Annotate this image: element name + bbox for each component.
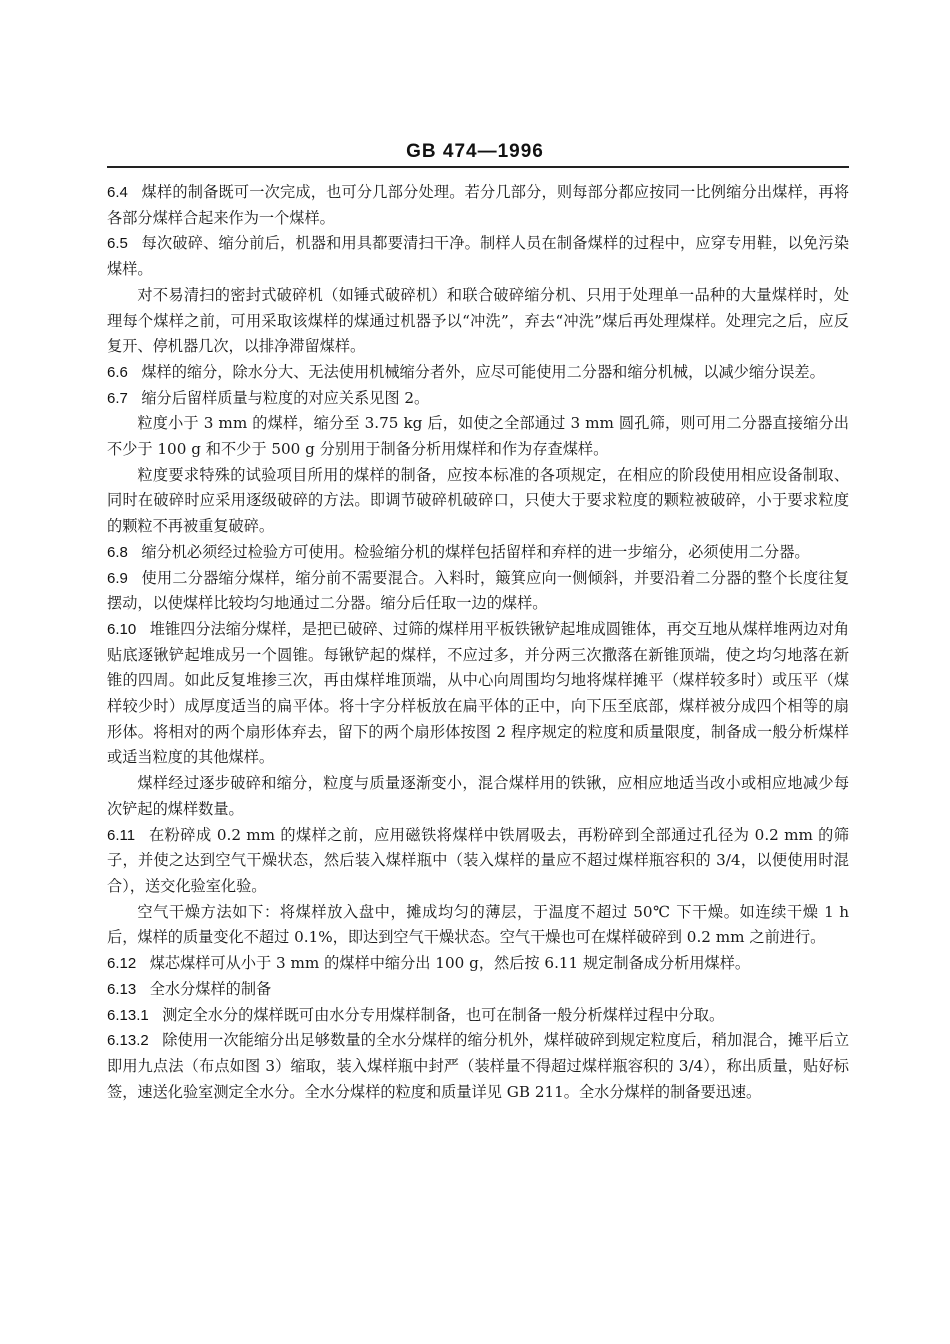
clause-text: 缩分机必须经过检验方可使用。检验缩分机的煤样包括留样和弃样的进一步缩分，必须使用…	[141, 543, 809, 561]
paragraph-sealed-crusher: 对不易清扫的密封式破碎机（如锤式破碎机）和联合破碎缩分机、只用于处理单一品种的大…	[107, 283, 849, 360]
clause-number: 6.6	[107, 364, 128, 381]
clause-text: 缩分后留样质量与粒度的对应关系见图 2。	[141, 389, 429, 407]
clause-number: 6.12	[107, 955, 136, 972]
clause-number: 6.13.1	[107, 1007, 149, 1024]
clause-text: 使用二分器缩分煤样，缩分前不需要混合。入料时，簸箕应向一侧倾斜，并要沿着二分器的…	[107, 569, 849, 613]
clause-text: 每次破碎、缩分前后，机器和用具都要清扫干净。制样人员在制备煤样的过程中，应穿专用…	[107, 234, 849, 278]
clause-6-11: 6.11在粉碎成 0.2 mm 的煤样之前，应用磁铁将煤样中铁屑吸去，再粉碎到全…	[107, 823, 849, 900]
clause-6-12: 6.12煤芯煤样可从小于 3 mm 的煤样中缩分出 100 g，然后按 6.11…	[107, 951, 849, 977]
clause-text: 煤样的制备既可一次完成，也可分几部分处理。若分几部分，则每部分都应按同一比例缩分…	[107, 183, 849, 227]
clause-6-13-1: 6.13.1测定全水分的煤样既可由水分专用煤样制备，也可在制备一般分析煤样过程中…	[107, 1003, 849, 1029]
clause-6-9: 6.9使用二分器缩分煤样，缩分前不需要混合。入料时，簸箕应向一侧倾斜，并要沿着二…	[107, 566, 849, 617]
clause-text: 煤芯煤样可从小于 3 mm 的煤样中缩分出 100 g，然后按 6.11 规定制…	[150, 954, 750, 972]
header-rule	[107, 166, 849, 168]
clause-number: 6.7	[107, 390, 128, 407]
clause-number: 6.8	[107, 544, 128, 561]
clause-text: 除使用一次能缩分出足够数量的全水分煤样的缩分机外，煤样破碎到规定粒度后，稍加混合…	[107, 1031, 849, 1100]
clause-number: 6.9	[107, 570, 128, 587]
clause-text: 在粉碎成 0.2 mm 的煤样之前，应用磁铁将煤样中铁屑吸去，再粉碎到全部通过孔…	[107, 826, 849, 895]
document-page: GB 474—1996 6.4煤样的制备既可一次完成，也可分几部分处理。若分几部…	[0, 0, 950, 1344]
clause-text: 全水分煤样的制备	[150, 980, 272, 998]
clause-6-7: 6.7缩分后留样质量与粒度的对应关系见图 2。	[107, 386, 849, 412]
clause-number: 6.11	[107, 827, 135, 844]
clause-6-4: 6.4煤样的制备既可一次完成，也可分几部分处理。若分几部分，则每部分都应按同一比…	[107, 180, 849, 231]
clause-6-10: 6.10堆锥四分法缩分煤样，是把已破碎、过筛的煤样用平板铁锹铲起堆成圆锥体，再交…	[107, 617, 849, 771]
clause-6-5: 6.5每次破碎、缩分前后，机器和用具都要清扫干净。制样人员在制备煤样的过程中，应…	[107, 231, 849, 282]
clause-6-6: 6.6煤样的缩分，除水分大、无法使用机械缩分者外，应尽可能使用二分器和缩分机械，…	[107, 360, 849, 386]
body-text: 6.4煤样的制备既可一次完成，也可分几部分处理。若分几部分，则每部分都应按同一比…	[107, 180, 849, 1105]
clause-6-8: 6.8缩分机必须经过检验方可使用。检验缩分机的煤样包括留样和弃样的进一步缩分，必…	[107, 540, 849, 566]
paragraph-shovel-size: 煤样经过逐步破碎和缩分，粒度与质量逐渐变小，混合煤样用的铁锹，应相应地适当改小或…	[107, 771, 849, 822]
paragraph-air-drying: 空气干燥方法如下：将煤样放入盘中，摊成均匀的薄层，于温度不超过 50℃ 下干燥。…	[107, 900, 849, 951]
clause-6-13: 6.13全水分煤样的制备	[107, 977, 849, 1003]
paragraph-3mm-sample: 粒度小于 3 mm 的煤样，缩分至 3.75 kg 后，如使之全部通过 3 mm…	[107, 411, 849, 462]
paragraph-special-granularity: 粒度要求特殊的试验项目所用的煤样的制备，应按本标准的各项规定，在相应的阶段使用相…	[107, 463, 849, 540]
clause-number: 6.13.2	[107, 1032, 149, 1049]
clause-text: 测定全水分的煤样既可由水分专用煤样制备，也可在制备一般分析煤样过程中分取。	[162, 1006, 724, 1024]
clause-number: 6.4	[107, 184, 128, 201]
clause-text: 堆锥四分法缩分煤样，是把已破碎、过筛的煤样用平板铁锹铲起堆成圆锥体，再交互地从煤…	[107, 620, 849, 767]
running-header: GB 474—1996	[0, 141, 950, 163]
clause-text: 煤样的缩分，除水分大、无法使用机械缩分者外，应尽可能使用二分器和缩分机械，以减少…	[141, 363, 824, 381]
clause-number: 6.10	[107, 621, 136, 638]
clause-number: 6.13	[107, 981, 136, 998]
clause-number: 6.5	[107, 235, 128, 252]
clause-6-13-2: 6.13.2除使用一次能缩分出足够数量的全水分煤样的缩分机外，煤样破碎到规定粒度…	[107, 1028, 849, 1105]
